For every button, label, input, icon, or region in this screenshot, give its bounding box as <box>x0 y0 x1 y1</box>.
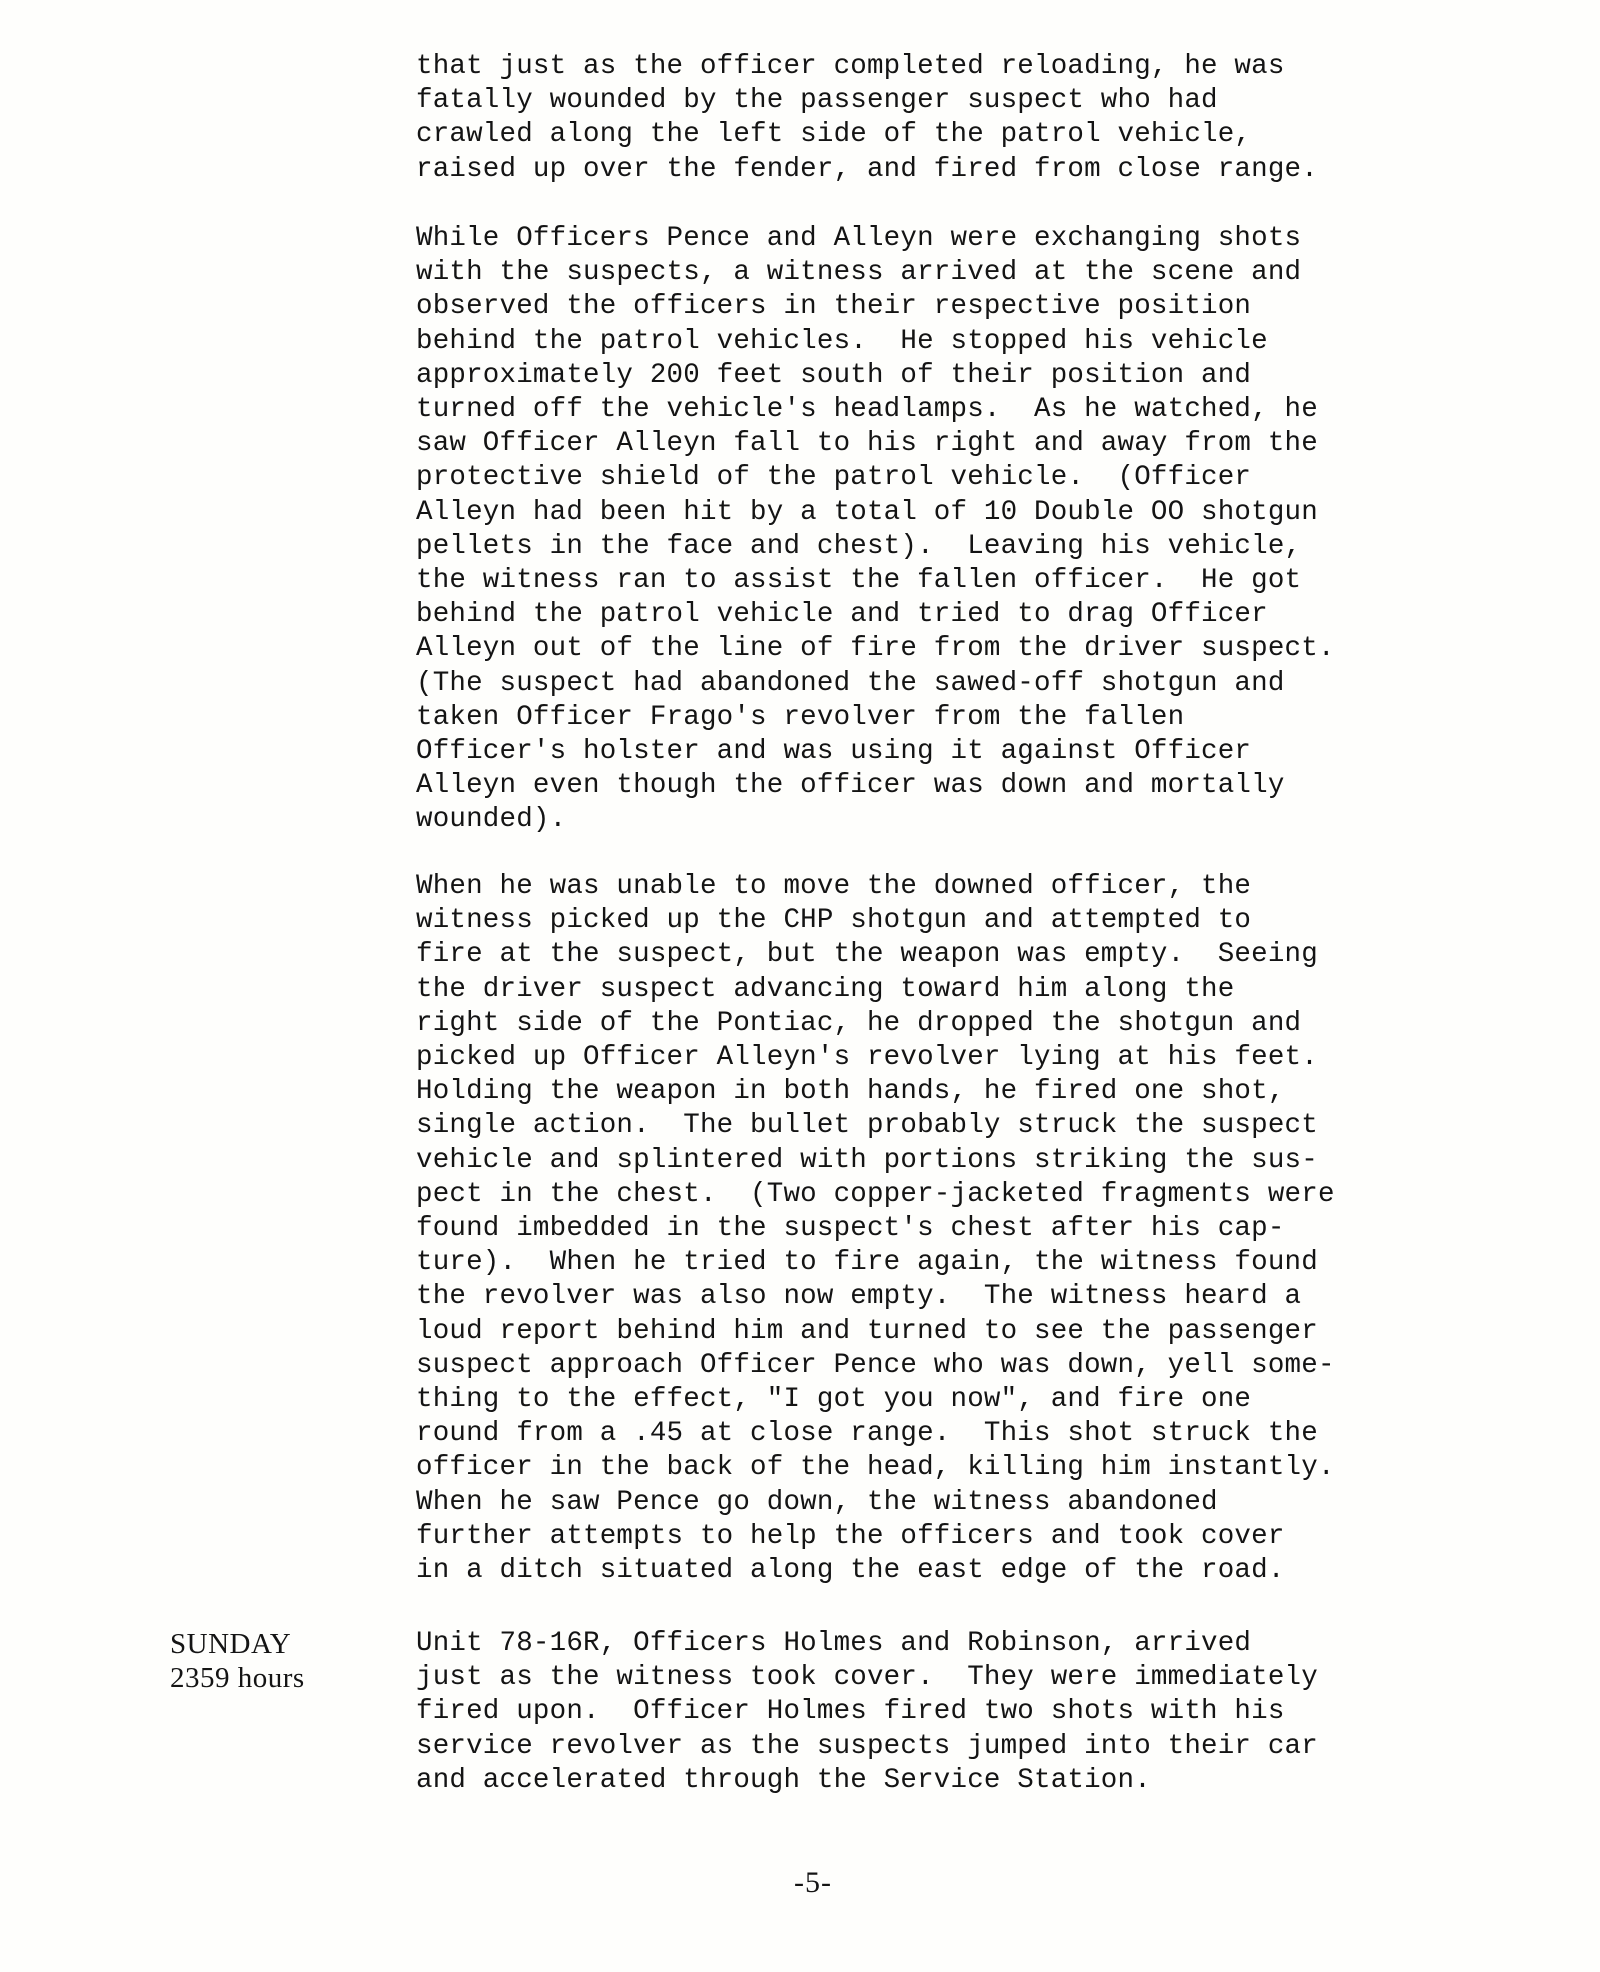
paragraph-3: When he was unable to move the downed of… <box>416 870 1335 1588</box>
text-line: protective shield of the patrol vehicle.… <box>416 461 1335 495</box>
text-line: approximately 200 feet south of their po… <box>416 359 1335 393</box>
text-line: found imbedded in the suspect's chest af… <box>416 1212 1335 1246</box>
text-line: ture). When he tried to fire again, the … <box>416 1246 1335 1280</box>
text-line: crawled along the left side of the patro… <box>416 118 1318 152</box>
margin-note-hours: 2359 hours <box>170 1661 410 1695</box>
text-line: round from a .45 at close range. This sh… <box>416 1417 1335 1451</box>
text-line: right side of the Pontiac, he dropped th… <box>416 1007 1335 1041</box>
paragraph-4: Unit 78-16R, Officers Holmes and Robinso… <box>416 1627 1318 1798</box>
text-line: observed the officers in their respectiv… <box>416 290 1335 324</box>
text-line: Alleyn had been hit by a total of 10 Dou… <box>416 496 1335 530</box>
text-line: that just as the officer completed reloa… <box>416 50 1318 84</box>
text-line: pellets in the face and chest). Leaving … <box>416 530 1335 564</box>
text-line: the revolver was also now empty. The wit… <box>416 1280 1335 1314</box>
text-line: suspect approach Officer Pence who was d… <box>416 1349 1335 1383</box>
text-line: saw Officer Alleyn fall to his right and… <box>416 427 1335 461</box>
text-line: behind the patrol vehicles. He stopped h… <box>416 325 1335 359</box>
paragraph-2: While Officers Pence and Alleyn were exc… <box>416 222 1335 838</box>
text-line: in a ditch situated along the east edge … <box>416 1554 1335 1588</box>
text-line: witness picked up the CHP shotgun and at… <box>416 904 1335 938</box>
text-line: just as the witness took cover. They wer… <box>416 1661 1318 1695</box>
text-line: (The suspect had abandoned the sawed-off… <box>416 667 1335 701</box>
text-line: Alleyn out of the line of fire from the … <box>416 632 1335 666</box>
text-line: behind the patrol vehicle and tried to d… <box>416 598 1335 632</box>
text-line: officer in the back of the head, killing… <box>416 1451 1335 1485</box>
text-line: thing to the effect, "I got you now", an… <box>416 1383 1335 1417</box>
text-line: the witness ran to assist the fallen off… <box>416 564 1335 598</box>
text-line: pect in the chest. (Two copper-jacketed … <box>416 1178 1335 1212</box>
paragraph-1: that just as the officer completed reloa… <box>416 50 1318 187</box>
text-line: fired upon. Officer Holmes fired two sho… <box>416 1695 1318 1729</box>
text-line: the driver suspect advancing toward him … <box>416 973 1335 1007</box>
text-line: When he was unable to move the downed of… <box>416 870 1335 904</box>
text-line: loud report behind him and turned to see… <box>416 1315 1335 1349</box>
text-line: and accelerated through the Service Stat… <box>416 1764 1318 1798</box>
text-line: picked up Officer Alleyn's revolver lyin… <box>416 1041 1335 1075</box>
text-line: vehicle and splintered with portions str… <box>416 1144 1335 1178</box>
text-line: with the suspects, a witness arrived at … <box>416 256 1335 290</box>
text-line: further attempts to help the officers an… <box>416 1520 1335 1554</box>
margin-note-time: SUNDAY 2359 hours <box>170 1627 410 1695</box>
text-line: Officer's holster and was using it again… <box>416 735 1335 769</box>
text-line: wounded). <box>416 803 1335 837</box>
text-line: Holding the weapon in both hands, he fir… <box>416 1075 1335 1109</box>
margin-note-day: SUNDAY <box>170 1627 410 1661</box>
text-line: service revolver as the suspects jumped … <box>416 1730 1318 1764</box>
text-line: fire at the suspect, but the weapon was … <box>416 938 1335 972</box>
document-page: that just as the officer completed reloa… <box>0 0 1600 1972</box>
text-line: While Officers Pence and Alleyn were exc… <box>416 222 1335 256</box>
text-line: Unit 78-16R, Officers Holmes and Robinso… <box>416 1627 1318 1661</box>
text-line: taken Officer Frago's revolver from the … <box>416 701 1335 735</box>
page-number: -5- <box>0 1866 1600 1900</box>
text-line: fatally wounded by the passenger suspect… <box>416 84 1318 118</box>
text-line: Alleyn even though the officer was down … <box>416 769 1335 803</box>
text-line: turned off the vehicle's headlamps. As h… <box>416 393 1335 427</box>
text-line: raised up over the fender, and fired fro… <box>416 153 1318 187</box>
text-line: single action. The bullet probably struc… <box>416 1109 1335 1143</box>
text-line: When he saw Pence go down, the witness a… <box>416 1486 1335 1520</box>
